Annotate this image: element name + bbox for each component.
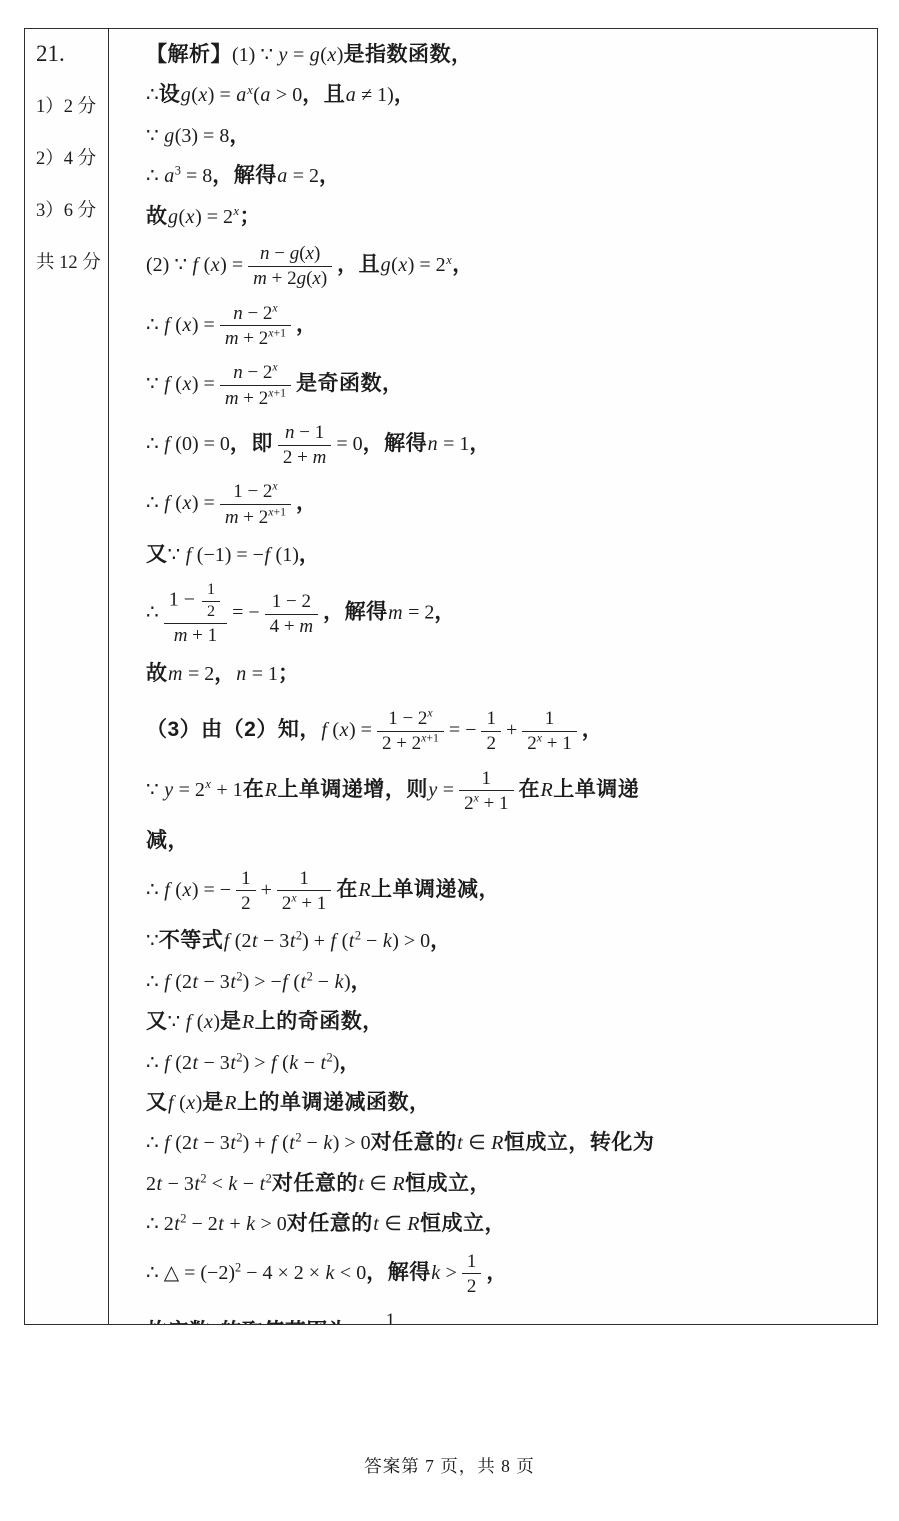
solution-line: ∴ 2t2 − 2t + k > 0对任意的t ∈ R恒成立，: [146, 1208, 863, 1239]
solution-line: 故g(x) = 2x；: [146, 201, 863, 232]
solution-line: ∴ f (2t − 3t2) > f (k − t2)，: [146, 1047, 863, 1078]
page-footer: 答案第 7 页，共 8 页: [0, 1453, 899, 1478]
solution-line: 故m = 2，n = 1；: [146, 658, 863, 689]
solution-line: 又f (x)是R上的单调递减函数，: [146, 1087, 863, 1118]
solution-line: ∴ f (x) =1 − 2xm + 2x+1，: [146, 479, 863, 530]
solution-line: ∴ a3 = 8，解得a = 2，: [146, 160, 863, 191]
score-item-3: 3）6 分: [36, 196, 104, 222]
solution-line: ∵ f (x) =n − 2xm + 2x+1是奇函数，: [146, 360, 863, 411]
solution-line: ∵ g(3) = 8，: [146, 120, 863, 151]
solution-line: ∴ f (x) = −12+12x + 1在R上单调递减，: [146, 866, 863, 917]
score-item-2: 2）4 分: [36, 144, 104, 170]
solution-line: 故实数k的取值范围为k >12.: [146, 1308, 863, 1324]
solution-line: （3）由（2）知，f (x) =1 − 2x2 + 2x+1= −12+12x …: [146, 706, 863, 757]
solution-line: 2t − 3t2 < k − t2对任意的t ∈ R恒成立，: [146, 1168, 863, 1199]
solution-line: ∵ y = 2x + 1在R上单调递增，则y =12x + 1在R上单调递: [146, 766, 863, 817]
solution-line: (2) ∵ f (x) =n − g(x)m + 2g(x)，且g(x) = 2…: [146, 241, 863, 292]
solution-line: 又∵ f (−1) = −f (1)，: [146, 539, 863, 570]
problem-number: 21.: [36, 41, 104, 67]
solution-line: ∴ f (0) = 0，即n − 12 + m= 0，解得n = 1，: [146, 420, 863, 471]
solution-line: 又∵ f (x)是R上的奇函数，: [146, 1006, 863, 1037]
solution-line: ∴ △ = (−2)2 − 4 × 2 × k < 0，解得k >12，: [146, 1249, 863, 1300]
solution-line: ∴设g(x) = ax(a > 0，且a ≠ 1)，: [146, 79, 863, 110]
solution-line: ∴ f (2t − 3t2) > −f (t2 − k)，: [146, 966, 863, 997]
score-item-1: 1）2 分: [36, 92, 104, 118]
score-column: 21. 1）2 分 2）4 分 3）6 分 共 12 分: [25, 29, 109, 1324]
problem-table: 21. 1）2 分 2）4 分 3）6 分 共 12 分 【解析】(1) ∵ y…: [24, 28, 878, 1325]
solution-line: ∵不等式f (2t − 3t2) + f (t2 − k) > 0，: [146, 925, 863, 956]
solution-line: ∴1 − 12m + 1= −1 − 24 + m，解得m = 2，: [146, 579, 863, 648]
solution-column: 【解析】(1) ∵ y = g(x)是指数函数，∴设g(x) = ax(a > …: [109, 29, 877, 1324]
score-item-total: 共 12 分: [36, 248, 104, 274]
solution-line: ∴ f (x) =n − 2xm + 2x+1，: [146, 301, 863, 352]
solution-line: ∴ f (2t − 3t2) + f (t2 − k) > 0对任意的t ∈ R…: [146, 1127, 863, 1158]
solution-line: 【解析】(1) ∵ y = g(x)是指数函数，: [146, 39, 863, 70]
solution-line: 减，: [146, 825, 863, 856]
